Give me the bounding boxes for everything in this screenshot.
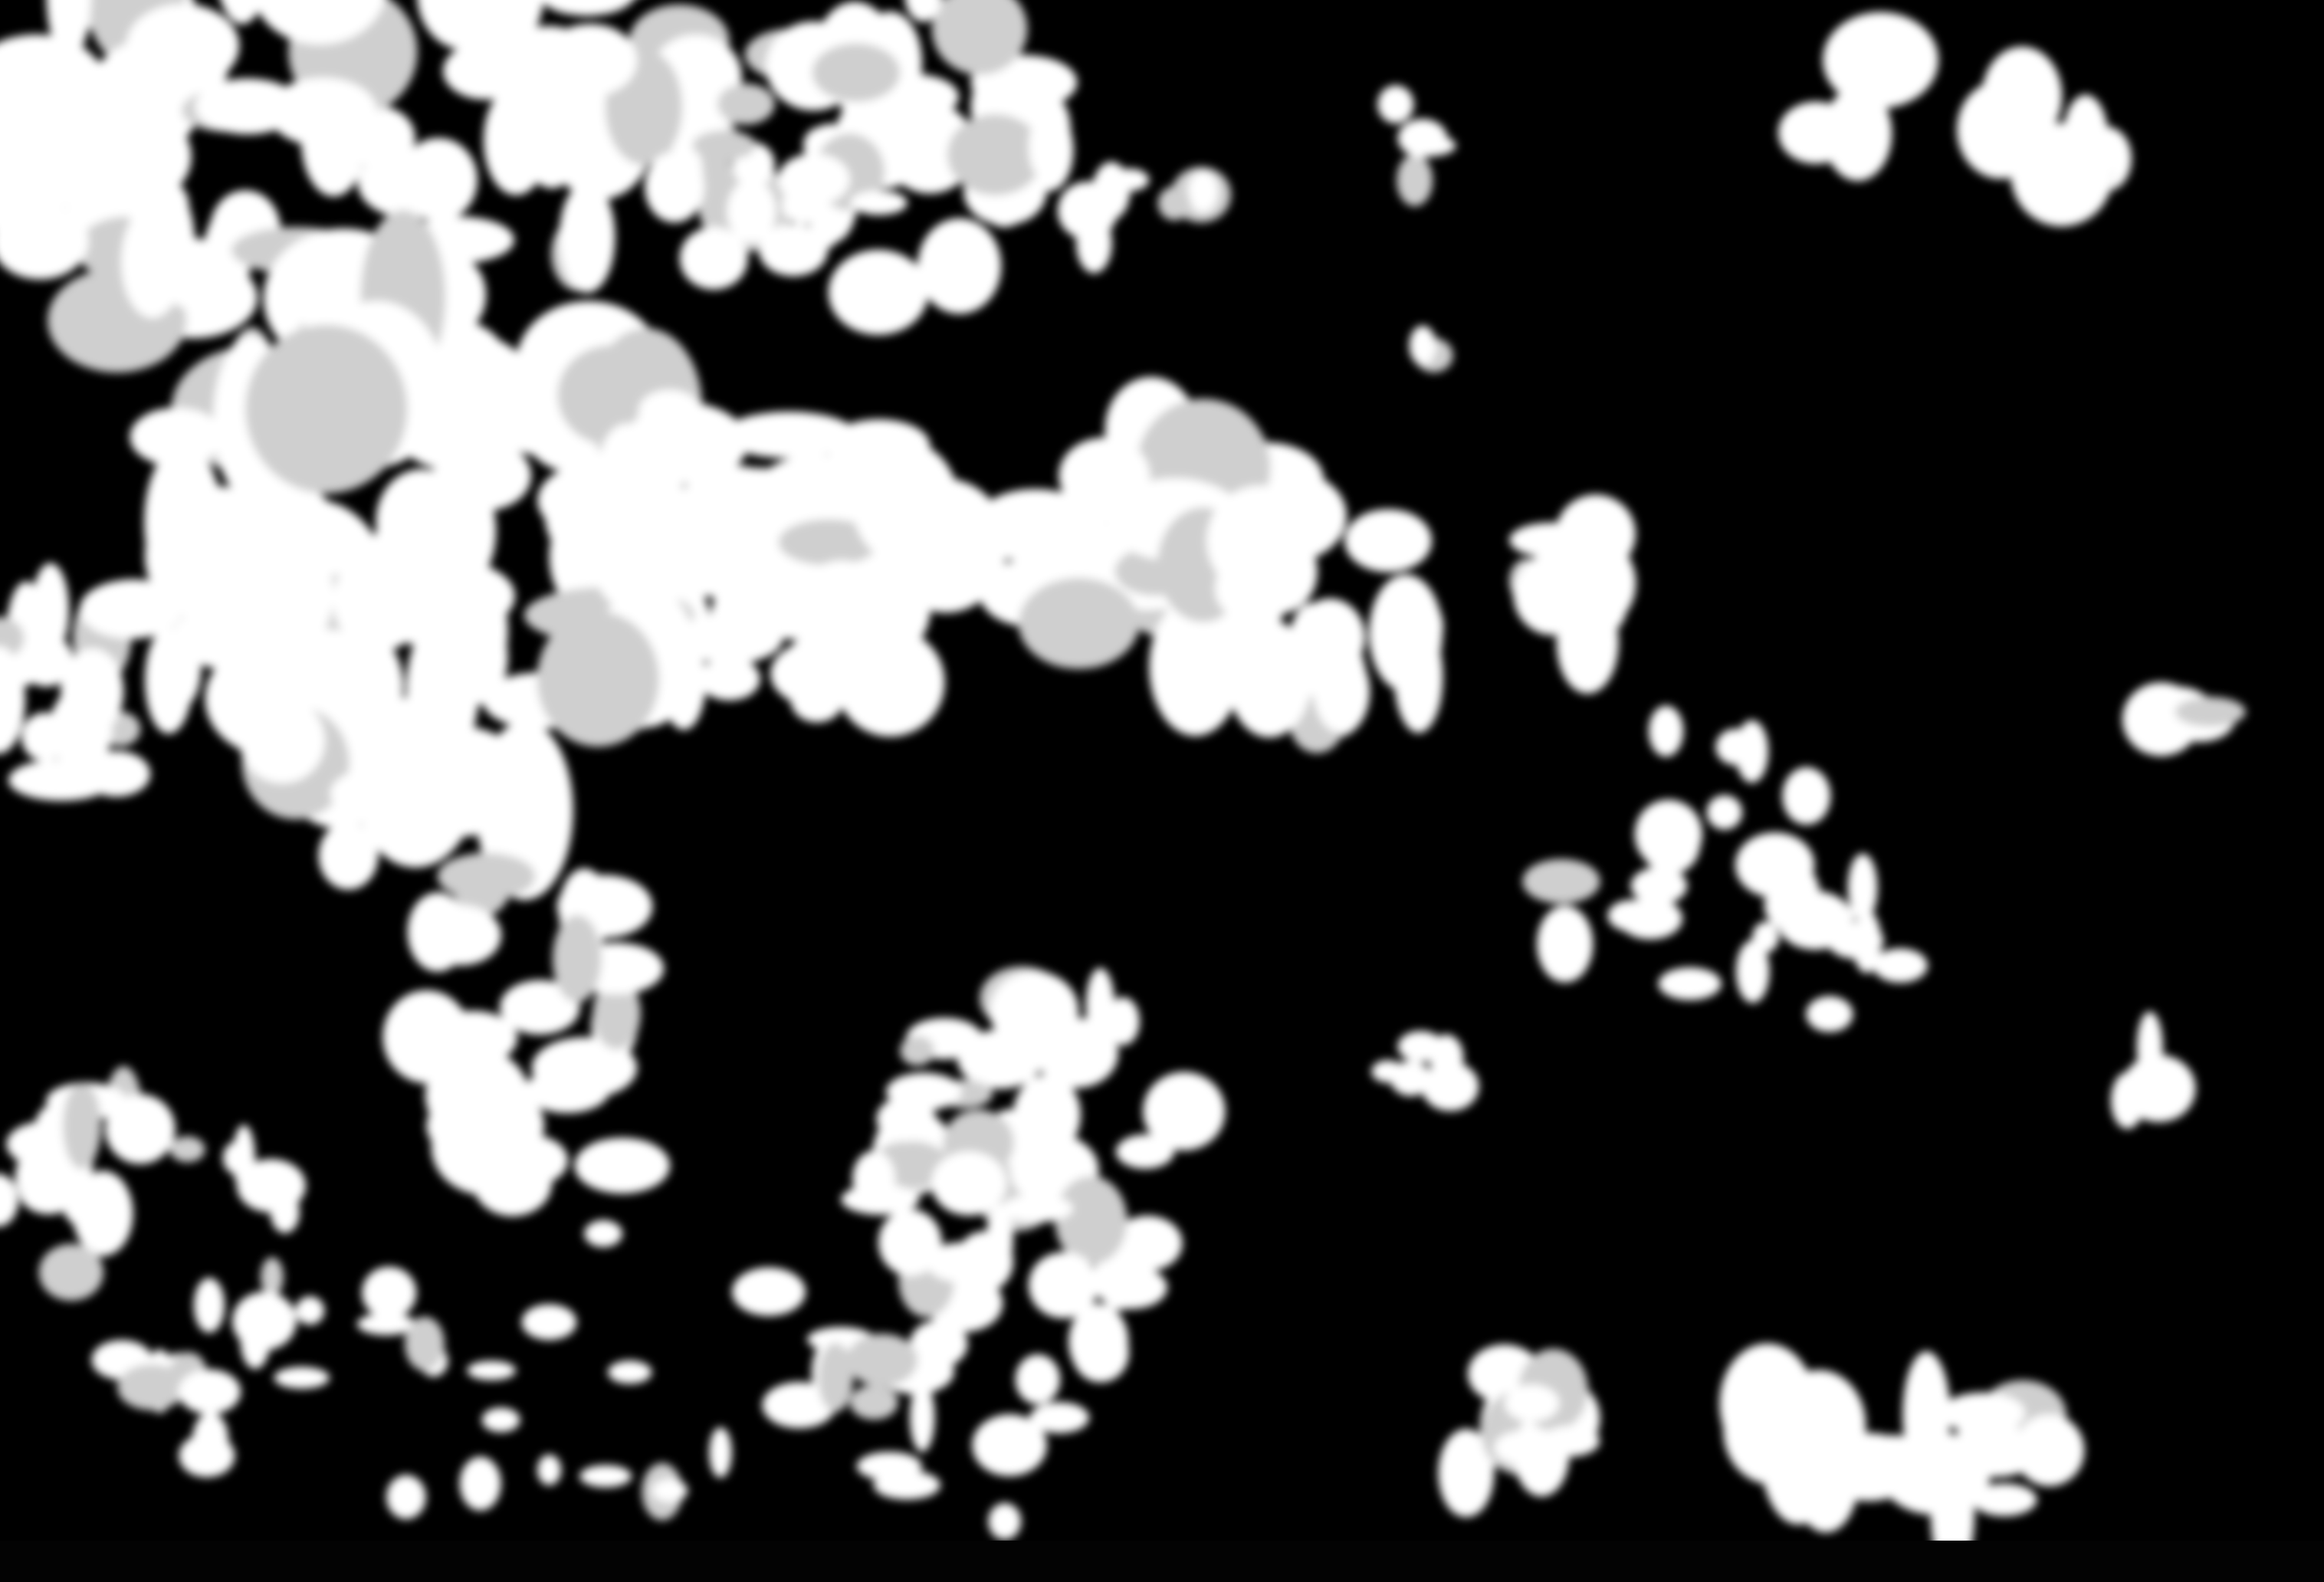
particle-blob [900, 1036, 934, 1065]
particle-blob [1013, 1075, 1081, 1155]
particle-blob [711, 584, 770, 650]
particle-blob [584, 1220, 622, 1247]
particle-blob [1957, 1410, 2018, 1455]
particle-blob [828, 419, 931, 473]
particle-blob [19, 635, 74, 687]
particle-blob [460, 1456, 501, 1511]
particle-blob [1076, 213, 1112, 273]
particle-blob [972, 1414, 1046, 1476]
particle-blob [1823, 12, 1938, 108]
particle-blob [482, 1407, 520, 1432]
particle-blob [1398, 1031, 1444, 1062]
particle-blob [1369, 575, 1443, 692]
particle-blob [1618, 898, 1682, 940]
particle-blob [1649, 705, 1683, 757]
particle-blob [1707, 795, 1743, 829]
particle-blob [340, 636, 404, 737]
particle-blob [1095, 1265, 1167, 1309]
particle-blob [1641, 815, 1700, 875]
particle-blob [662, 495, 743, 597]
particle-blob [525, 1068, 609, 1113]
particle-blob [910, 1382, 934, 1452]
particle-blob [1029, 1252, 1098, 1318]
particle-blob [2122, 1055, 2195, 1122]
particle-blob [988, 1503, 1021, 1540]
particle-blob [579, 1465, 632, 1487]
particle-blob [404, 1001, 459, 1038]
particle-blob [1019, 578, 1139, 669]
particle-blob [645, 152, 704, 223]
particle-blob [1377, 85, 1413, 123]
particle-blob [400, 138, 478, 222]
particle-blob [170, 1137, 205, 1163]
particle-blob [1059, 438, 1150, 514]
particle-blob [319, 822, 379, 890]
particle-blob [2011, 123, 2113, 227]
particle-blob [467, 1360, 516, 1380]
particle-blob [382, 478, 493, 605]
particle-blob [709, 1427, 731, 1478]
particle-blob [543, 24, 637, 97]
particle-blob [878, 1209, 942, 1276]
particle-blob [1397, 154, 1433, 206]
particle-blob [261, 1257, 284, 1297]
particle-blob [1422, 1062, 1479, 1111]
particle-blob [812, 44, 900, 102]
particle-blob [49, 688, 112, 773]
particle-blob [796, 560, 888, 655]
particle-blob [1107, 997, 1140, 1045]
particle-blob [956, 1231, 1013, 1292]
particle-blob [522, 1304, 577, 1340]
particle-blob [245, 325, 407, 494]
particle-blob [692, 130, 756, 160]
particle-blob [241, 1311, 271, 1369]
particle-blob [1158, 186, 1191, 220]
particle-blob [326, 103, 369, 174]
particle-blob [183, 520, 334, 668]
particle-blob [874, 1471, 940, 1500]
particle-blob [1112, 169, 1149, 191]
particle-blob [421, 905, 501, 966]
particle-blob [296, 1296, 325, 1324]
particle-blob [990, 971, 1078, 1052]
particle-blob [1403, 135, 1456, 156]
particle-blob [386, 1475, 426, 1519]
particle-blob [1971, 1483, 2037, 1516]
particle-blob [39, 1244, 103, 1301]
particle-blob [1509, 523, 1594, 558]
particle-blob [1522, 859, 1600, 904]
particle-blob [194, 1278, 225, 1333]
particle-blob [1752, 922, 1779, 953]
particle-blob [2014, 1414, 2084, 1486]
particle-field [0, 0, 2324, 1582]
particle-blob [1537, 906, 1593, 983]
particle-blob [847, 1334, 917, 1387]
particle-blob [717, 84, 775, 124]
particle-blob [1206, 486, 1312, 596]
particle-blob [1505, 1384, 1559, 1422]
bottom-black-strip [0, 1541, 2324, 1582]
particle-blob [537, 612, 659, 747]
particle-blob [179, 1434, 235, 1478]
image-canvas [0, 0, 2324, 1582]
particle-blob [449, 395, 530, 459]
particle-blob [638, 389, 701, 433]
particle-blob [362, 1266, 416, 1318]
particle-blob [850, 1385, 898, 1420]
particle-blob [1873, 948, 1928, 983]
particle-blob [1016, 1354, 1061, 1404]
particle-blob [910, 1320, 968, 1367]
particle-blob [405, 1317, 445, 1371]
particle-blob [223, 1142, 248, 1174]
particle-blob [553, 915, 602, 1003]
particle-blob [1072, 1323, 1129, 1383]
particle-blob [791, 678, 844, 723]
particle-blob [239, 697, 325, 783]
particle-blob [1513, 553, 1592, 635]
particle-blob [443, 42, 528, 100]
particle-blob [1827, 904, 1854, 930]
particle-blob [829, 250, 928, 335]
particle-blob [1344, 509, 1432, 572]
particle-blob [195, 78, 300, 134]
particle-blob [931, 1151, 1006, 1216]
particle-blob [63, 1082, 101, 1169]
particle-blob [560, 182, 615, 293]
particle-blob [1587, 588, 1626, 632]
particle-blob [1782, 767, 1830, 825]
particle-blob [179, 1369, 241, 1414]
particle-blob [947, 114, 1042, 195]
particle-blob [237, 1159, 306, 1213]
particle-blob [778, 153, 850, 205]
particle-blob [274, 1367, 330, 1389]
particle-blob [1715, 729, 1755, 765]
particle-blob [1045, 100, 1071, 165]
particle-blob [1541, 1426, 1600, 1456]
particle-blob [1659, 967, 1722, 1000]
particle-blob [130, 408, 224, 467]
particle-blob [608, 1360, 652, 1383]
particle-blob [732, 1268, 806, 1316]
particle-blob [1806, 996, 1853, 1032]
particle-blob [1410, 326, 1436, 366]
particle-blob [126, 4, 239, 87]
particle-blob [1312, 635, 1367, 733]
particle-blob [809, 205, 841, 249]
particle-blob [599, 424, 655, 510]
particle-blob [1001, 1194, 1073, 1223]
particle-blob [886, 1073, 961, 1111]
particle-blob [117, 1364, 186, 1410]
particle-blob [652, 1479, 688, 1502]
particle-blob [330, 766, 443, 821]
particle-blob [1778, 101, 1853, 163]
particle-blob [851, 190, 908, 215]
particle-blob [1848, 853, 1878, 921]
particle-blob [1777, 891, 1823, 934]
particle-blob [1116, 1134, 1174, 1169]
particle-blob [84, 110, 191, 203]
particle-blob [2175, 697, 2246, 727]
particle-blob [1761, 1386, 1837, 1525]
particle-blob [917, 218, 1001, 314]
particle-blob [145, 627, 192, 734]
particle-blob [1227, 619, 1311, 737]
particle-blob [1188, 170, 1219, 213]
particle-blob [537, 1455, 561, 1485]
particle-blob [1055, 1176, 1128, 1264]
particle-blob [727, 179, 776, 243]
particle-blob [574, 1137, 670, 1193]
particle-blob [162, 261, 247, 311]
